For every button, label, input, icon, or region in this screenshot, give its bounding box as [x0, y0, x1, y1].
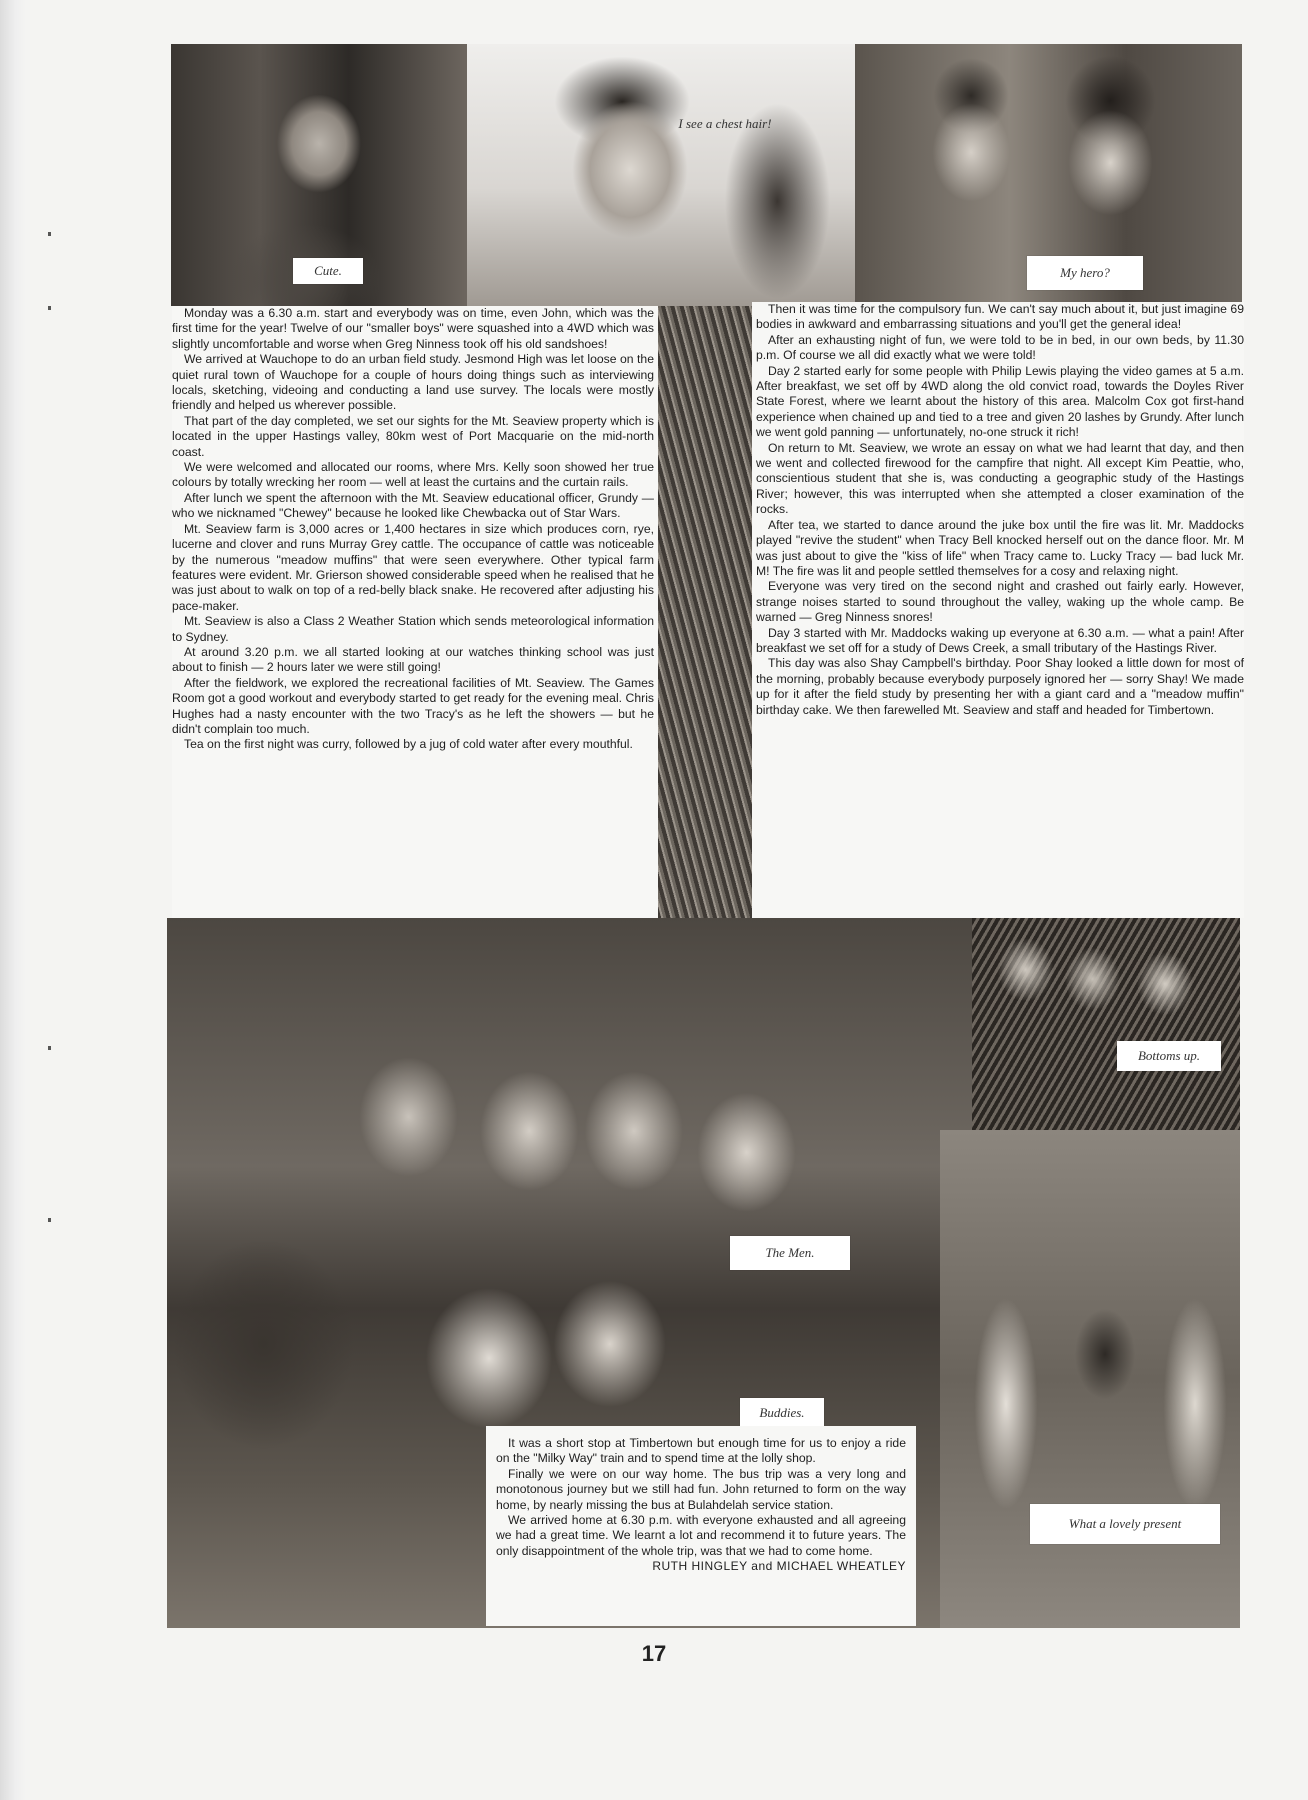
caption-chest-hair: I see a chest hair! — [675, 114, 775, 134]
caption-the-men: The Men. — [730, 1236, 850, 1270]
article-bottom-block: It was a short stop at Timbertown but en… — [486, 1426, 916, 1626]
article-paragraph: We were welcomed and allocated our rooms… — [172, 460, 654, 491]
article-paragraph: Tea on the first night was curry, follow… — [172, 737, 654, 752]
scan-margin-mark — [48, 1046, 51, 1050]
article-byline: RUTH HINGLEY and MICHAEL WHEATLEY — [496, 1559, 906, 1574]
scan-margin-mark — [48, 1218, 51, 1222]
article-paragraph: After an exhausting night of fun, we wer… — [756, 333, 1244, 364]
article-paragraph: Mt. Seaview is also a Class 2 Weather St… — [172, 614, 654, 645]
article-paragraph: On return to Mt. Seaview, we wrote an es… — [756, 441, 1244, 518]
caption-lovely-present: What a lovely present — [1030, 1504, 1220, 1544]
article-left-column: Monday was a 6.30 a.m. start and everybo… — [172, 306, 658, 918]
caption-bottoms-up: Bottoms up. — [1117, 1041, 1221, 1071]
scan-margin-mark — [48, 306, 51, 310]
article-paragraph: Then it was time for the compulsory fun.… — [756, 302, 1244, 333]
article-paragraph: We arrived home at 6.30 p.m. with everyo… — [496, 1513, 906, 1559]
article-paragraph: Day 2 started early for some people with… — [756, 364, 1244, 441]
article-paragraph: After tea, we started to dance around th… — [756, 518, 1244, 580]
article-paragraph: Mt. Seaview farm is 3,000 acres or 1,400… — [172, 522, 654, 614]
article-paragraph: Everyone was very tired on the second ni… — [756, 579, 1244, 625]
caption-my-hero: My hero? — [1027, 256, 1143, 290]
article-paragraph: Monday was a 6.30 a.m. start and everybo… — [172, 306, 654, 352]
article-paragraph: Day 3 started with Mr. Maddocks waking u… — [756, 626, 1244, 657]
article-paragraph: It was a short stop at Timbertown but en… — [496, 1436, 906, 1467]
caption-buddies: Buddies. — [740, 1398, 824, 1428]
page-number: 17 — [634, 1641, 674, 1667]
article-paragraph: We arrived at Wauchope to do an urban fi… — [172, 352, 654, 414]
article-paragraph: At around 3.20 p.m. we all started looki… — [172, 645, 654, 676]
photo-smiling-boy: I see a chest hair! — [467, 44, 855, 306]
caption-cute: Cute. — [293, 258, 363, 284]
scan-margin-mark — [48, 232, 51, 236]
photo-bottoms-up: Bottoms up. — [972, 918, 1240, 1153]
photo-lovely-present: What a lovely present — [940, 1130, 1240, 1628]
article-paragraph: After lunch we spent the afternoon with … — [172, 491, 654, 522]
article-paragraph: That part of the day completed, we set o… — [172, 414, 654, 460]
photo-middle-strip — [654, 306, 752, 918]
scan-page-edge — [0, 0, 26, 1800]
article-paragraph: After the fieldwork, we explored the rec… — [172, 676, 654, 738]
photo-my-hero: My hero? — [855, 44, 1242, 302]
photo-cute-boy: Cute. — [171, 44, 467, 306]
article-paragraph: Finally we were on our way home. The bus… — [496, 1467, 906, 1513]
article-right-column: Then it was time for the compulsory fun.… — [752, 302, 1244, 918]
article-paragraph: This day was also Shay Campbell's birthd… — [756, 656, 1244, 718]
